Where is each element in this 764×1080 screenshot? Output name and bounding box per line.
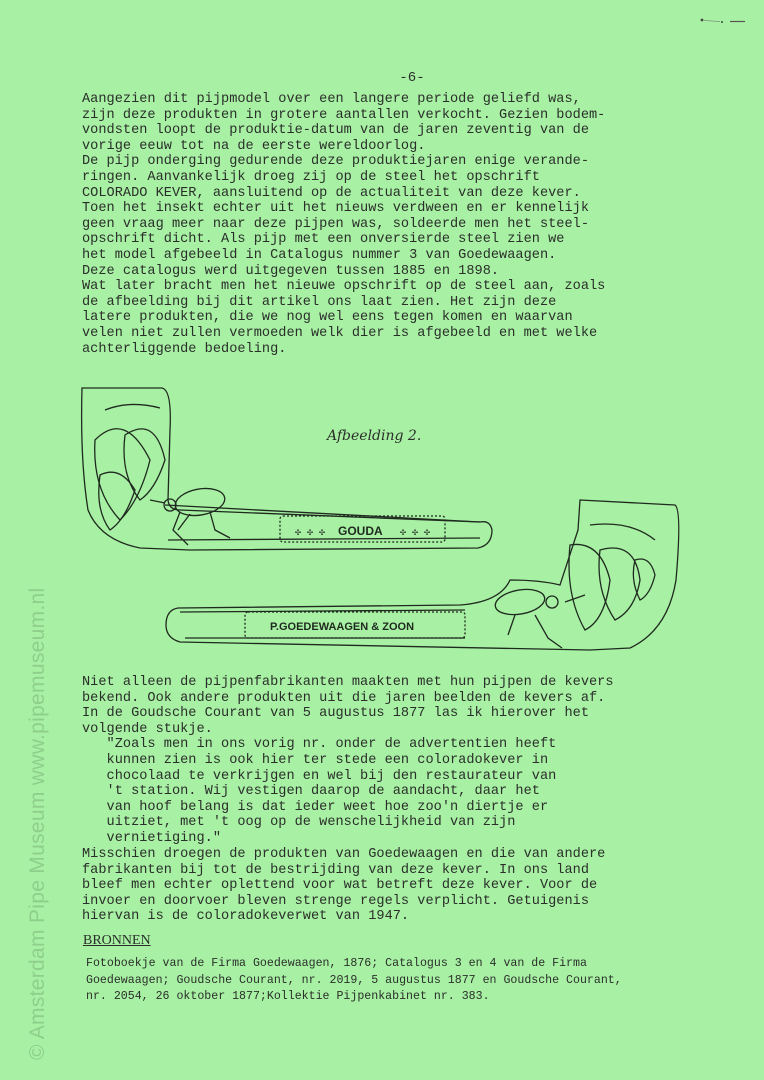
scan-artifact-mark <box>700 18 750 24</box>
paragraph-conclusion: Misschien droegen de produkten van Goede… <box>82 847 722 925</box>
page-number: -6- <box>0 70 764 86</box>
sources-list: Fotoboekje van de Firma Goedewaagen, 187… <box>86 956 622 1006</box>
copyright-watermark: © Amsterdam Pipe Museum www.pipemuseum.n… <box>26 588 50 1060</box>
svg-text:✣ ✣ ✣: ✣ ✣ ✣ <box>295 528 325 539</box>
svg-text:P.GOEDEWAAGEN & ZOON: P.GOEDEWAAGEN & ZOON <box>270 621 414 633</box>
paragraph-newspaper-quote: Niet alleen de pijpenfabrikanten maakten… <box>82 675 722 847</box>
svg-text:✣ ✣ ✣: ✣ ✣ ✣ <box>400 528 430 539</box>
svg-text:GOUDA: GOUDA <box>338 524 383 538</box>
pipes-drawing: GOUDA ✣ ✣ ✣ ✣ ✣ ✣ P.GOEDEWAAGEN & ZOON <box>70 380 690 670</box>
sources-heading: BRONNEN <box>83 933 151 949</box>
pipe-illustration: GOUDA ✣ ✣ ✣ ✣ ✣ ✣ P.GOEDEWAAGEN & ZOON <box>70 380 690 670</box>
figure-caption: Afbeelding 2. <box>327 428 421 444</box>
paragraph-intro: Aangezien dit pijpmodel over een langere… <box>82 92 722 357</box>
